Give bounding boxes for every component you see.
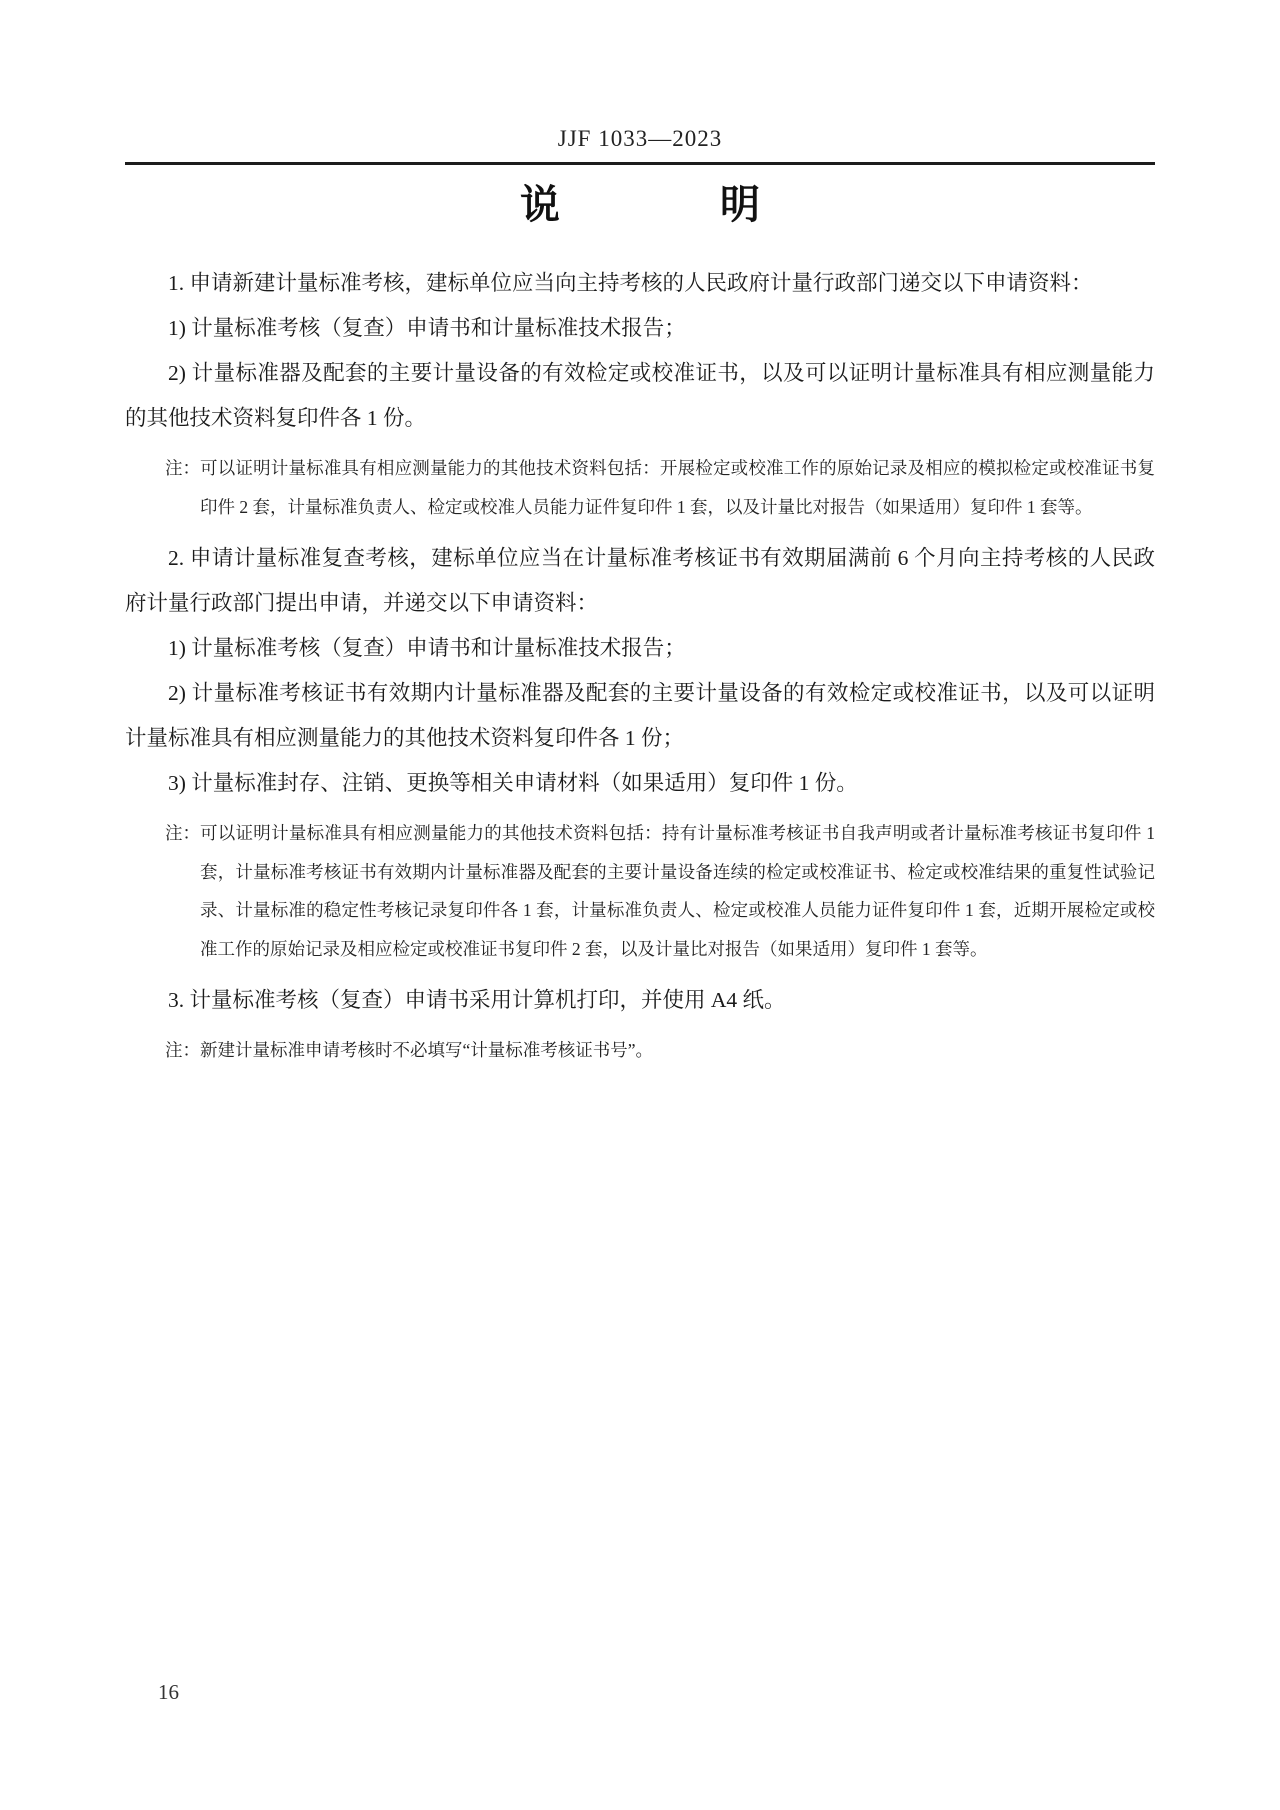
note-1-text: 可以证明计量标准具有相应测量能力的其他技术资料包括：开展检定或校准工作的原始记录… xyxy=(200,449,1155,526)
paragraph-item-1: 1. 申请新建计量标准考核，建标单位应当向主持考核的人民政府计量行政部门递交以下… xyxy=(125,261,1155,306)
note-1: 注： 可以证明计量标准具有相应测量能力的其他技术资料包括：开展检定或校准工作的原… xyxy=(125,449,1155,526)
note-2-text: 可以证明计量标准具有相应测量能力的其他技术资料包括：持有计量标准考核证书自我声明… xyxy=(200,814,1155,968)
note-3-label: 注： xyxy=(165,1031,200,1070)
page-title: 说 明 xyxy=(0,179,1280,231)
doc-number: JJF 1033—2023 xyxy=(558,126,722,151)
list-item-1-1: 1) 计量标准考核（复查）申请书和计量标准技术报告； xyxy=(125,306,1155,351)
note-3-text: 新建计量标准申请考核时不必填写“计量标准考核证书号”。 xyxy=(200,1031,1155,1070)
list-item-2-3: 3) 计量标准封存、注销、更换等相关申请材料（如果适用）复印件 1 份。 xyxy=(125,761,1155,806)
page-number: 16 xyxy=(158,1680,179,1705)
note-1-label: 注： xyxy=(165,449,200,526)
list-item-1-2: 2) 计量标准器及配套的主要计量设备的有效检定或校准证书，以及可以证明计量标准具… xyxy=(125,351,1155,441)
running-header: JJF 1033—2023 xyxy=(0,0,1280,152)
header-rule xyxy=(125,162,1155,165)
note-2-label: 注： xyxy=(165,814,200,968)
paragraph-item-3: 3. 计量标准考核（复查）申请书采用计算机打印，并使用 A4 纸。 xyxy=(125,978,1155,1023)
note-2: 注： 可以证明计量标准具有相应测量能力的其他技术资料包括：持有计量标准考核证书自… xyxy=(125,814,1155,968)
list-item-2-1: 1) 计量标准考核（复查）申请书和计量标准技术报告； xyxy=(125,626,1155,671)
document-page: JJF 1033—2023 说 明 1. 申请新建计量标准考核，建标单位应当向主… xyxy=(0,0,1280,1810)
note-3: 注： 新建计量标准申请考核时不必填写“计量标准考核证书号”。 xyxy=(125,1031,1155,1070)
document-body: 1. 申请新建计量标准考核，建标单位应当向主持考核的人民政府计量行政部门递交以下… xyxy=(125,261,1155,1070)
paragraph-item-2: 2. 申请计量标准复查考核，建标单位应当在计量标准考核证书有效期届满前 6 个月… xyxy=(125,536,1155,626)
list-item-2-2: 2) 计量标准考核证书有效期内计量标准器及配套的主要计量设备的有效检定或校准证书… xyxy=(125,671,1155,761)
